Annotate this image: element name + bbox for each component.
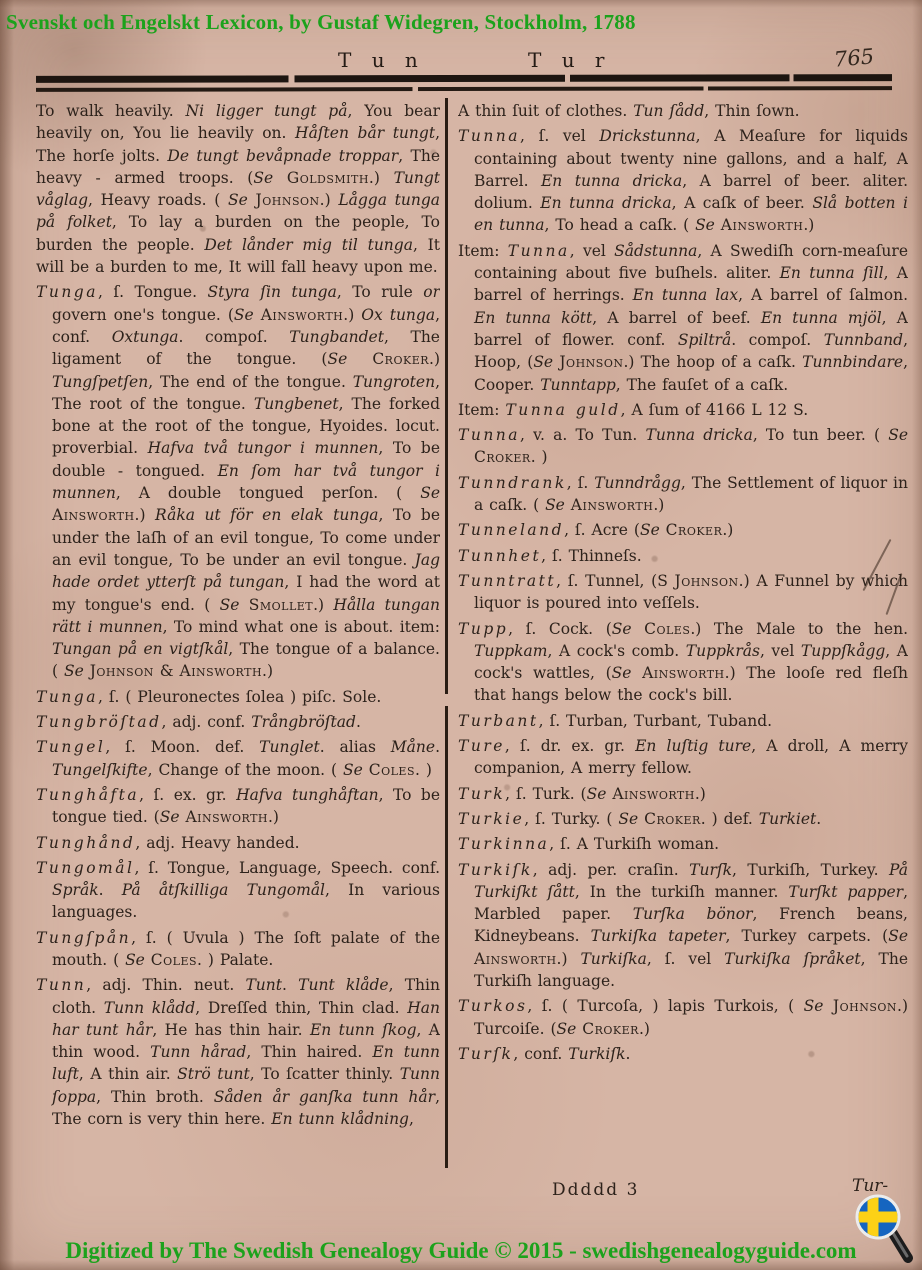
column-divider-upper (445, 98, 448, 694)
dictionary-entry: Tunghånd, adj. Heavy handed. (36, 832, 440, 854)
right-column: A thin ſuit of clothes. Tun ſådd, Thin ſ… (458, 100, 908, 1180)
signature-mark: Ddddd 3 (552, 1180, 639, 1200)
dictionary-entry: Tunnhet, ſ. Thinneſs. (458, 545, 908, 567)
header-rule-thin (36, 86, 892, 92)
dictionary-entry: Turkie, ſ. Turky. ( Se Croker. ) def. Tu… (458, 808, 908, 830)
running-head-right: T u r (528, 48, 612, 72)
dictionary-entry: A thin ſuit of clothes. Tun ſådd, Thin ſ… (458, 100, 908, 122)
dictionary-entry: Item: Tunna guld, A ſum of 4166 L 12 S. (458, 399, 908, 421)
dictionary-entry: Turkiſk, adj. per. craſin. Turſk, Turkiſ… (458, 859, 908, 993)
dictionary-entry: Tunna, v. a. To Tun. Tunna dricka, To tu… (458, 424, 908, 469)
running-head-left: T u n (338, 48, 425, 72)
dictionary-entry: Turbant, ſ. Turban, Turbant, Tuband. (458, 710, 908, 732)
dictionary-entry: Tunna, ſ. vel Drickstunna, A Meaſure for… (458, 125, 908, 236)
dictionary-entry: Tungomål, ſ. Tongue, Language, Speech. c… (36, 857, 440, 924)
dictionary-entry: Turſk, conf. Turkiſk. (458, 1043, 908, 1065)
dictionary-entry: Tunndrank, ſ. Tunndrågg, The Settlement … (458, 472, 908, 517)
dictionary-entry: Tunga, ſ. ( Pleuronectes ſolea ) piſc. S… (36, 686, 440, 708)
dictionary-entry: Turkinna, ſ. A Turkiſh woman. (458, 833, 908, 855)
dictionary-entry: Ture, ſ. dr. ex. gr. En luſtig ture, A d… (458, 735, 908, 780)
dictionary-entry: Turkos, ſ. ( Turcoſa, ) lapis Turkois, (… (458, 995, 908, 1040)
dictionary-entry: Tungſpån, ſ. ( Uvula ) The ſoft palate o… (36, 927, 440, 972)
dictionary-entry: To walk heavily. Ni ligger tungt på, You… (36, 100, 440, 278)
page-number: 765 (833, 44, 875, 71)
left-column: To walk heavily. Ni ligger tungt på, You… (36, 100, 440, 1180)
dictionary-entry: Tupp, ſ. Cock. (Se Coles.) The Male to t… (458, 618, 908, 707)
digitizer-top-credit: Svenskt och Engelskt Lexicon, by Gustaf … (6, 10, 806, 35)
column-divider-lower (445, 706, 448, 1168)
dictionary-entry: Tunneland, ſ. Acre (Se Croker.) (458, 519, 908, 541)
dictionary-entry: Tungbröſtad, adj. conf. Trångbröſtad. (36, 711, 440, 733)
dictionary-entry: Tunntratt, ſ. Tunnel, (S Johnson.) A Fun… (458, 570, 908, 615)
dictionary-entry: Item: Tunna, vel Sådstunna, A Swediſh co… (458, 240, 908, 396)
dictionary-entry: Tungel, ſ. Moon. def. Tunglet. alias Mån… (36, 736, 440, 781)
dictionary-entry: Tunn, adj. Thin. neut. Tunt. Tunt klåde,… (36, 974, 440, 1130)
digitizer-bottom-credit: Digitized by The Swedish Genealogy Guide… (0, 1238, 922, 1264)
dictionary-entry: Turk, ſ. Turk. (Se Ainsworth.) (458, 783, 908, 805)
dictionary-entry: Tunga, ſ. Tongue. Styra ſin tunga, To ru… (36, 281, 440, 682)
header-rule-thick (36, 74, 892, 83)
dictionary-entry: Tunghåfta, ſ. ex. gr. Hafva tunghåftan, … (36, 784, 440, 829)
scanned-book-page: Svenskt och Engelskt Lexicon, by Gustaf … (0, 0, 922, 1270)
